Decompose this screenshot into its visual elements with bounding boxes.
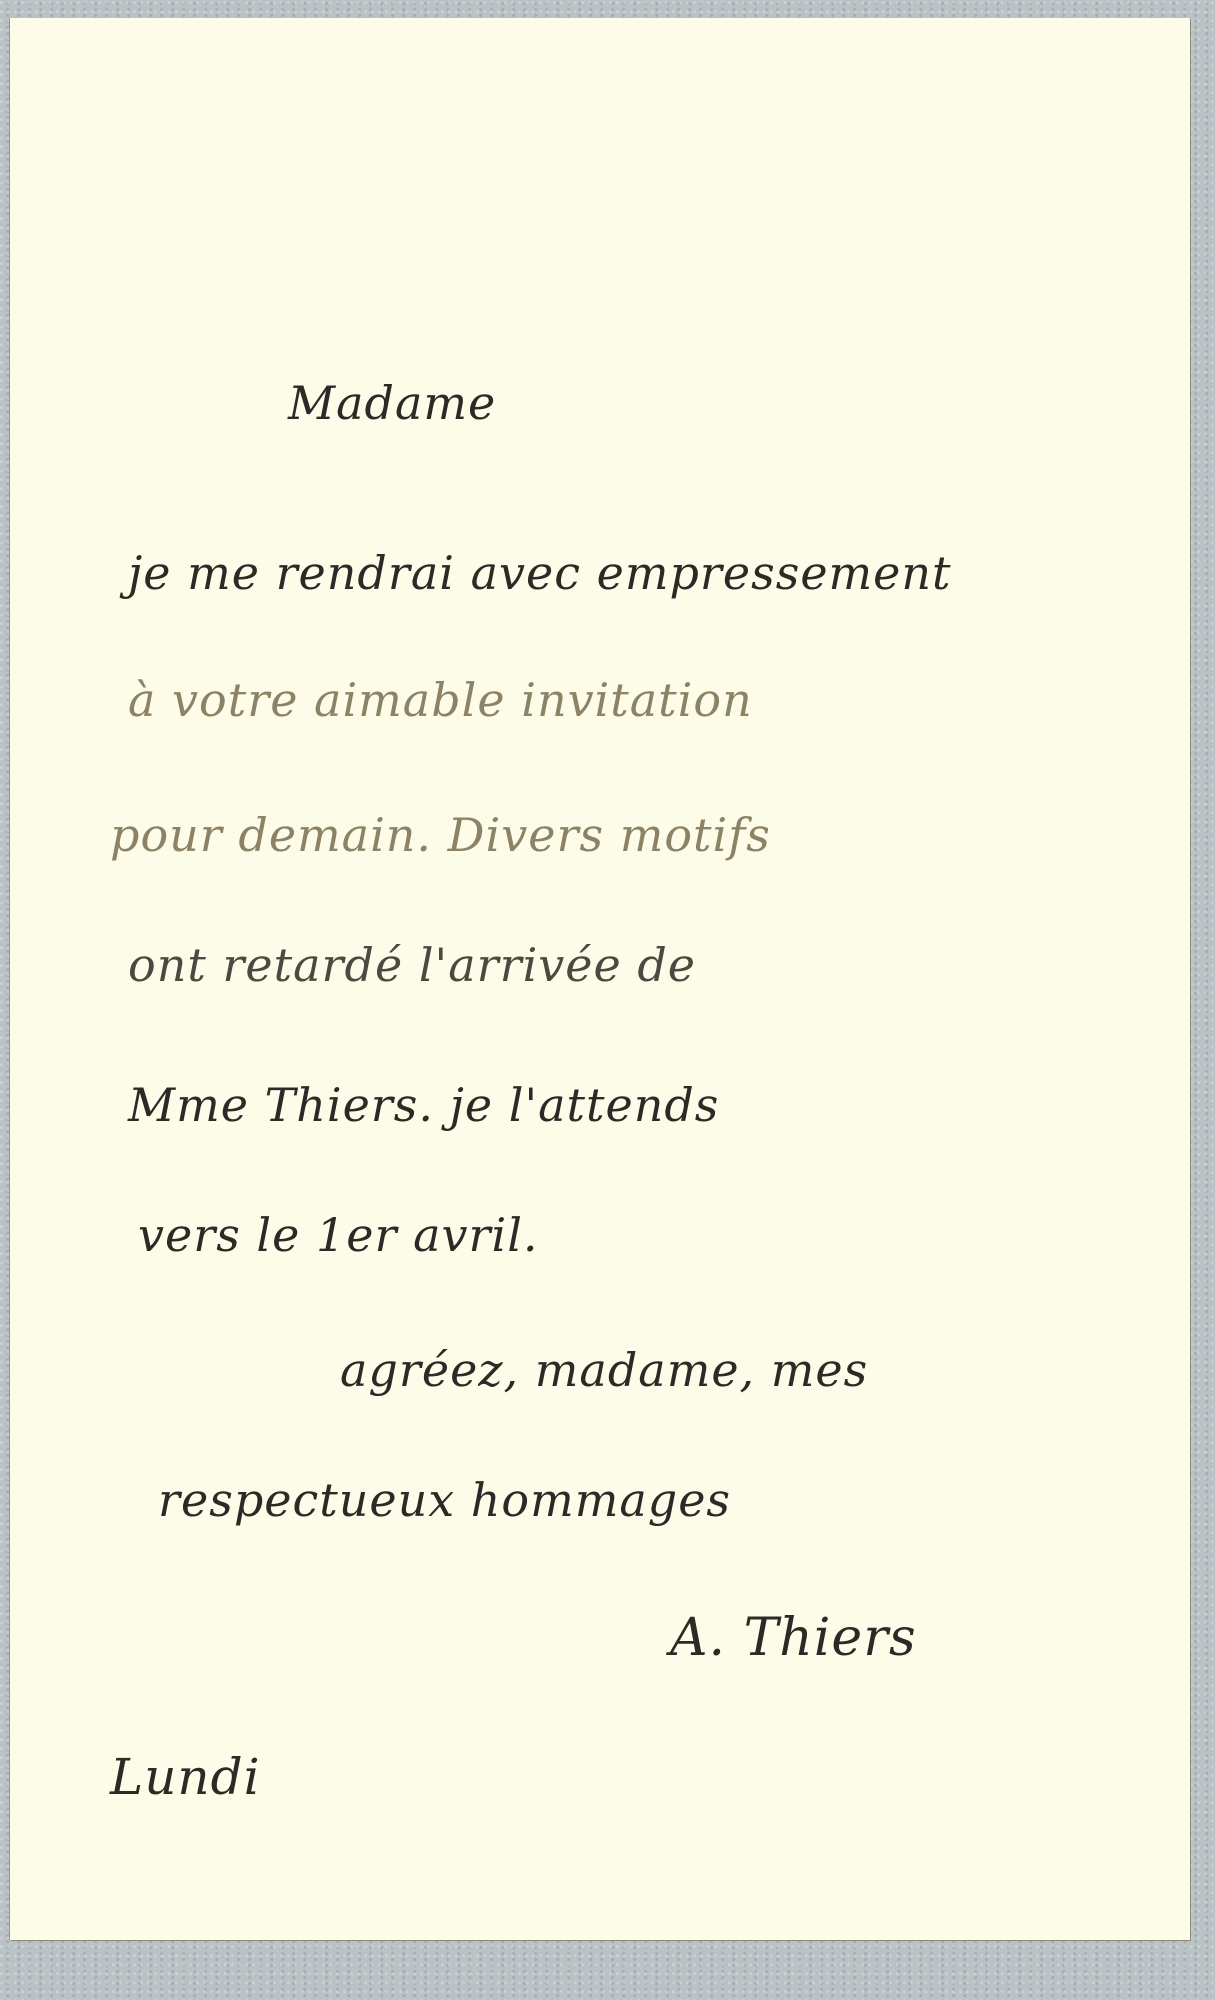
signature: A. Thiers <box>670 1608 917 1668</box>
body-line-1: je me rendrai avec empressement <box>128 546 952 600</box>
closing-line-1: agréez, madame, mes <box>340 1343 868 1397</box>
body-line-4: ont retardé l'arrivée de <box>128 938 696 992</box>
body-line-5: Mme Thiers. je l'attends <box>128 1078 719 1132</box>
body-line-2: à votre aimable invitation <box>128 673 753 727</box>
dateline: Lundi <box>110 1748 261 1806</box>
salutation: Madame <box>288 376 496 430</box>
closing-line-2: respectueux hommages <box>158 1473 731 1527</box>
body-line-6: vers le 1er avril. <box>138 1208 539 1262</box>
letter-paper: Madame je me rendrai avec empressement à… <box>10 18 1190 1940</box>
body-line-3: pour demain. Divers motifs <box>110 808 771 862</box>
